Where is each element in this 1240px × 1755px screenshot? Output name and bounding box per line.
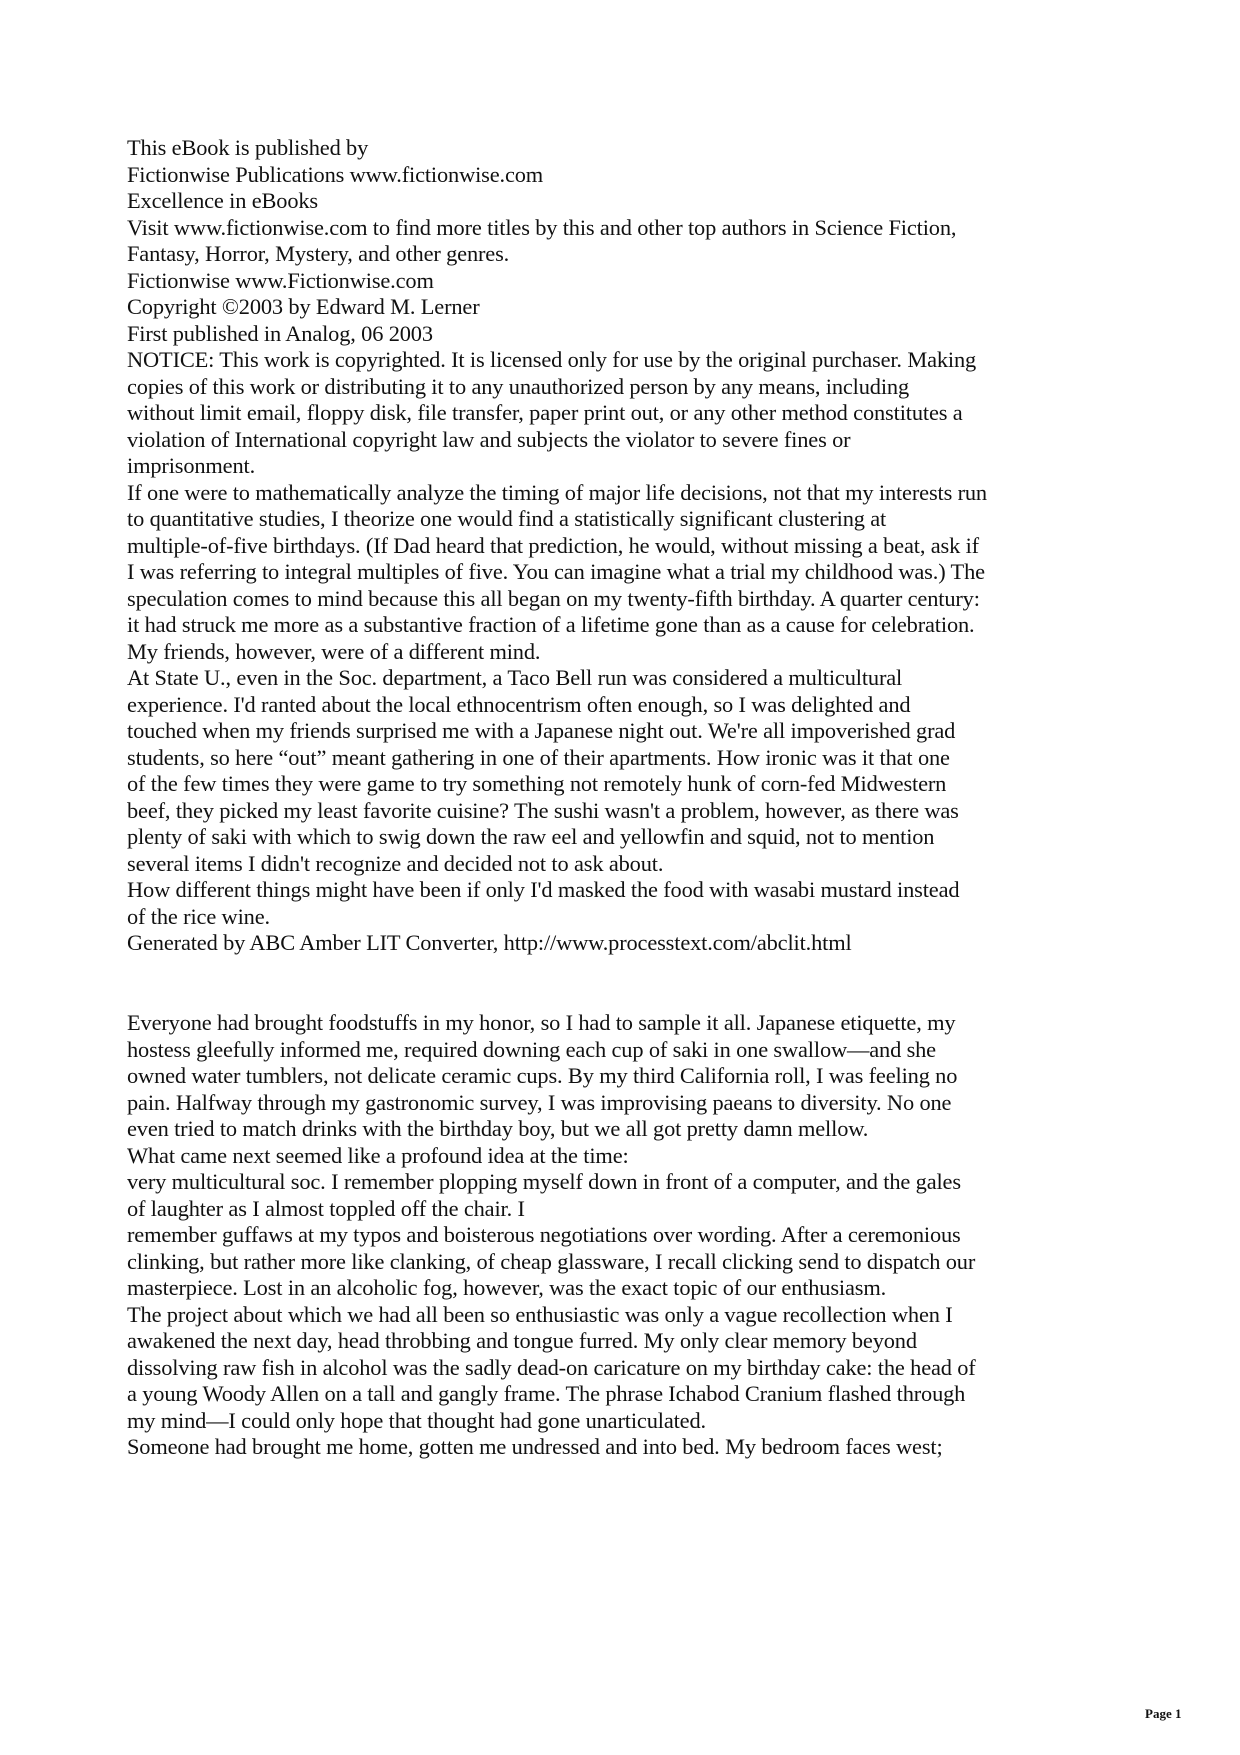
converter-credit-line: Generated by ABC Amber LIT Converter, ht… — [127, 930, 1127, 957]
text-line: of the few times they were game to try s… — [127, 771, 1127, 798]
text-line: Copyright ©2003 by Edward M. Lerner — [127, 294, 1127, 321]
text-line: of the rice wine. — [127, 904, 1127, 931]
text-line: awakened the next day, head throbbing an… — [127, 1328, 1127, 1355]
front-matter-and-opening-text: This eBook is published by Fictionwise P… — [127, 135, 1127, 957]
text-line: experience. I'd ranted about the local e… — [127, 692, 1127, 719]
text-line: Someone had brought me home, gotten me u… — [127, 1434, 1127, 1461]
document-page: This eBook is published by Fictionwise P… — [0, 0, 1240, 1755]
text-line: The project about which we had all been … — [127, 1302, 1127, 1329]
text-line: pain. Halfway through my gastronomic sur… — [127, 1090, 1127, 1117]
text-line: If one were to mathematically analyze th… — [127, 480, 1127, 507]
text-line: First published in Analog, 06 2003 — [127, 321, 1127, 348]
page-number: Page 1 — [1145, 1706, 1181, 1722]
text-line: At State U., even in the Soc. department… — [127, 665, 1127, 692]
text-line: several items I didn't recognize and dec… — [127, 851, 1127, 878]
text-line: violation of International copyright law… — [127, 427, 1127, 454]
text-line: dissolving raw fish in alcohol was the s… — [127, 1355, 1127, 1382]
text-line: even tried to match drinks with the birt… — [127, 1116, 1127, 1143]
text-line: Everyone had brought foodstuffs in my ho… — [127, 1010, 1127, 1037]
text-line: beef, they picked my least favorite cuis… — [127, 798, 1127, 825]
text-line: multiple-of-five birthdays. (If Dad hear… — [127, 533, 1127, 560]
text-line: This eBook is published by — [127, 135, 1127, 162]
text-line: speculation comes to mind because this a… — [127, 586, 1127, 613]
text-line: it had struck me more as a substantive f… — [127, 612, 1127, 639]
text-line: I was referring to integral multiples of… — [127, 559, 1127, 586]
text-line: a young Woody Allen on a tall and gangly… — [127, 1381, 1127, 1408]
text-line: my mind—I could only hope that thought h… — [127, 1408, 1127, 1435]
text-line: remember guffaws at my typos and boister… — [127, 1222, 1127, 1249]
text-line: clinking, but rather more like clanking,… — [127, 1249, 1127, 1276]
text-line: copies of this work or distributing it t… — [127, 374, 1127, 401]
text-line: Visit www.fictionwise.com to find more t… — [127, 215, 1127, 242]
text-line: My friends, however, were of a different… — [127, 639, 1127, 666]
text-line: owned water tumblers, not delicate ceram… — [127, 1063, 1127, 1090]
story-continuation-text: Everyone had brought foodstuffs in my ho… — [127, 1010, 1127, 1461]
text-line: to quantitative studies, I theorize one … — [127, 506, 1127, 533]
text-line: What came next seemed like a profound id… — [127, 1143, 1127, 1170]
text-line: touched when my friends surprised me wit… — [127, 718, 1127, 745]
text-line: Fantasy, Horror, Mystery, and other genr… — [127, 241, 1127, 268]
text-line: plenty of saki with which to swig down t… — [127, 824, 1127, 851]
text-line: without limit email, floppy disk, file t… — [127, 400, 1127, 427]
text-line: Fictionwise www.Fictionwise.com — [127, 268, 1127, 295]
text-line: How different things might have been if … — [127, 877, 1127, 904]
text-line: students, so here “out” meant gathering … — [127, 745, 1127, 772]
text-line: Excellence in eBooks — [127, 188, 1127, 215]
text-line: hostess gleefully informed me, required … — [127, 1037, 1127, 1064]
text-line: masterpiece. Lost in an alcoholic fog, h… — [127, 1275, 1127, 1302]
text-line: very multicultural soc. I remember plopp… — [127, 1169, 1127, 1196]
text-line: Fictionwise Publications www.fictionwise… — [127, 162, 1127, 189]
text-line: of laughter as I almost toppled off the … — [127, 1196, 1127, 1223]
text-line: imprisonment. — [127, 453, 1127, 480]
text-line: NOTICE: This work is copyrighted. It is … — [127, 347, 1127, 374]
